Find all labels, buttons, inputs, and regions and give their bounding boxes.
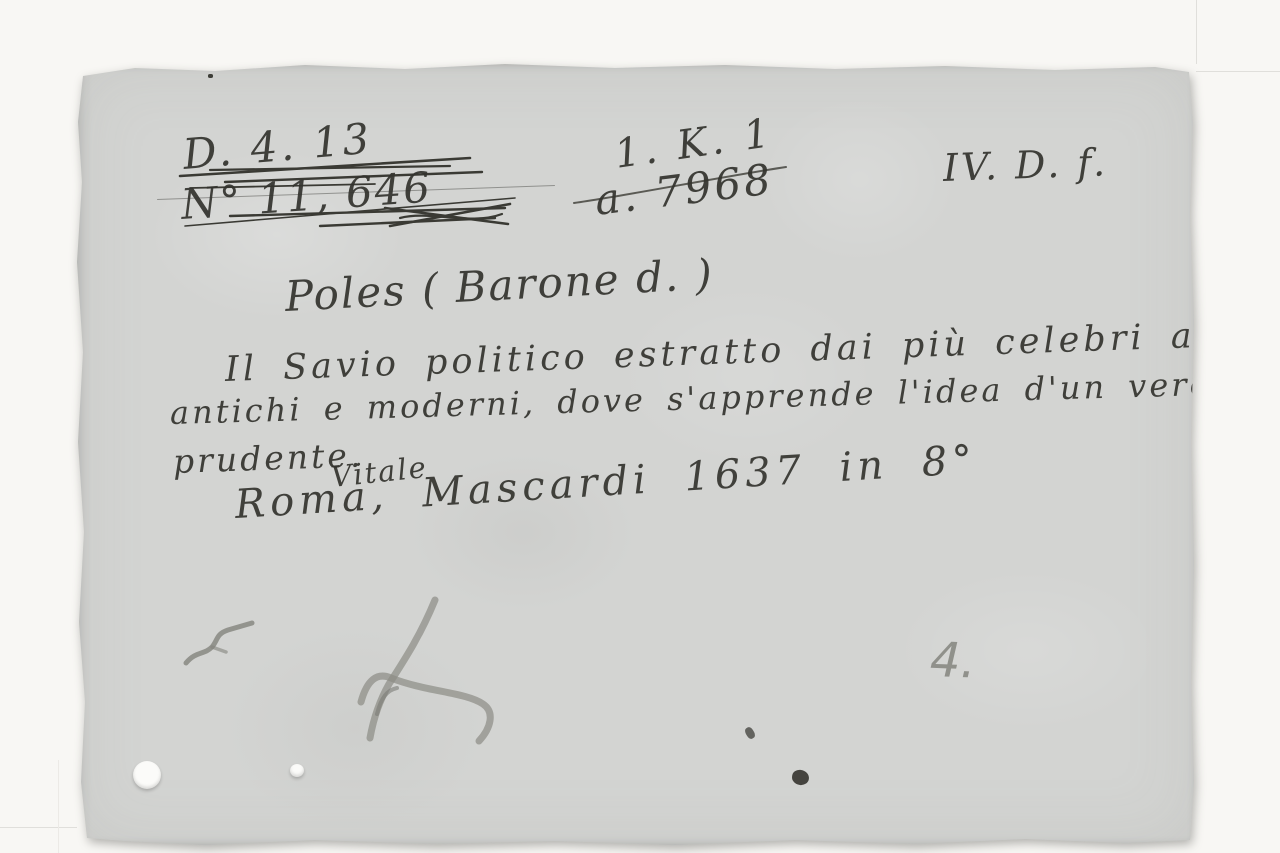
background-seam-horizontal-right (1196, 71, 1280, 72)
catalog-card: D. 4. 13 N° 11, 646 1. K. 1 a. 7968 IV. … (75, 62, 1196, 846)
pencil-number: 4. (929, 632, 977, 690)
ink-blot (791, 769, 810, 786)
collection-mark: IV. D. f. (942, 140, 1108, 190)
background-seam-vertical-right (1196, 0, 1197, 64)
ink-speck (744, 726, 757, 740)
pencil-squiggle-mark (178, 607, 263, 672)
background-seam-vertical-left (58, 760, 59, 853)
background-seam-horizontal-left (0, 827, 77, 828)
paper-fleck-top (208, 74, 213, 78)
author-heading: Poles ( Barone d. ) (284, 250, 715, 321)
strikethrough-marks-2 (170, 174, 570, 259)
punch-hole-large (133, 761, 161, 789)
punch-hole-small (290, 764, 304, 777)
pencil-check-mark (347, 592, 512, 752)
catalog-card-wrapper: D. 4. 13 N° 11, 646 1. K. 1 a. 7968 IV. … (75, 62, 1196, 846)
